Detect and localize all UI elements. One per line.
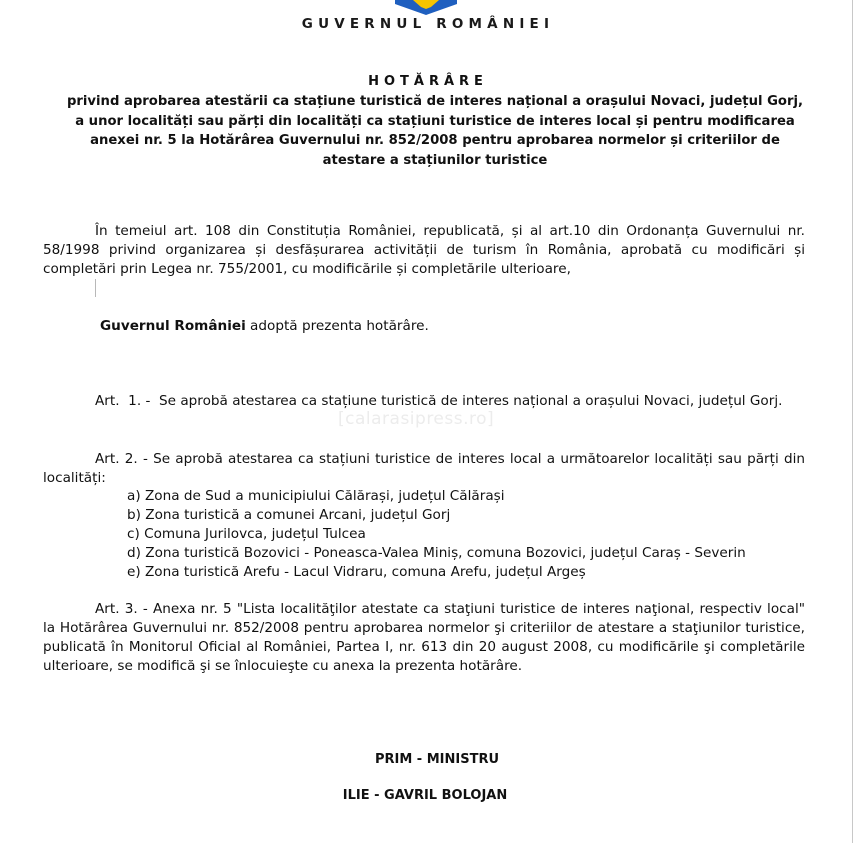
subject-line: a unor localități sau părți din localită… <box>40 112 830 132</box>
list-item: c) Comuna Jurilovca, județul Tulcea <box>127 525 746 544</box>
list-item: e) Zona turistică Arefu - Lacul Vidraru,… <box>127 563 746 582</box>
preamble-paragraph: În temeiul art. 108 din Constituția Româ… <box>43 222 805 279</box>
document-subject: privind aprobarea atestării ca stațiune … <box>40 92 830 170</box>
subject-line: atestare a stațiunilor turistice <box>40 151 830 171</box>
watermark: [calarasipress.ro] <box>338 409 494 429</box>
adoption-text: adoptă prezenta hotărâre. <box>246 318 429 334</box>
article-2-list: a) Zona de Sud a municipiului Călărași, … <box>127 487 746 582</box>
romanian-government-emblem-icon <box>395 0 457 15</box>
article-label: Art. 2. - <box>95 451 153 467</box>
article-text: Se aprobă atestarea ca stațiuni turistic… <box>43 451 805 486</box>
adoption-subject: Guvernul României <box>100 318 246 334</box>
page-edge-divider <box>852 0 853 843</box>
signature-title: PRIM - MINISTRU <box>0 752 856 767</box>
adoption-paragraph: Guvernul României adoptă prezenta hotărâ… <box>100 317 856 336</box>
article-3: Art. 3. - Anexa nr. 5 "Lista localităţil… <box>43 600 805 676</box>
signature-name: ILIE - GAVRIL BOLOJAN <box>0 788 850 803</box>
document-kind-title: HOTĂRÂRE <box>0 74 856 89</box>
subject-line: privind aprobarea atestării ca stațiune … <box>40 92 830 112</box>
list-item: b) Zona turistică a comunei Arcani, jude… <box>127 506 746 525</box>
article-text: Se aprobă atestarea ca stațiune turistic… <box>159 393 782 409</box>
list-item: a) Zona de Sud a municipiului Călărași, … <box>127 487 746 506</box>
text-cursor <box>95 279 96 297</box>
article-label: Art. 1. - <box>95 393 159 409</box>
article-label: Art. 3. - <box>95 601 153 617</box>
article-text: Anexa nr. 5 "Lista localităţilor atestat… <box>43 601 805 674</box>
list-item: d) Zona turistică Bozovici - Poneasca-Va… <box>127 544 746 563</box>
subject-line: anexei nr. 5 la Hotărârea Guvernului nr.… <box>40 131 830 151</box>
government-name: GUVERNUL ROMÂNIEI <box>0 16 856 32</box>
article-2: Art. 2. - Se aprobă atestarea ca stațiun… <box>43 450 805 488</box>
